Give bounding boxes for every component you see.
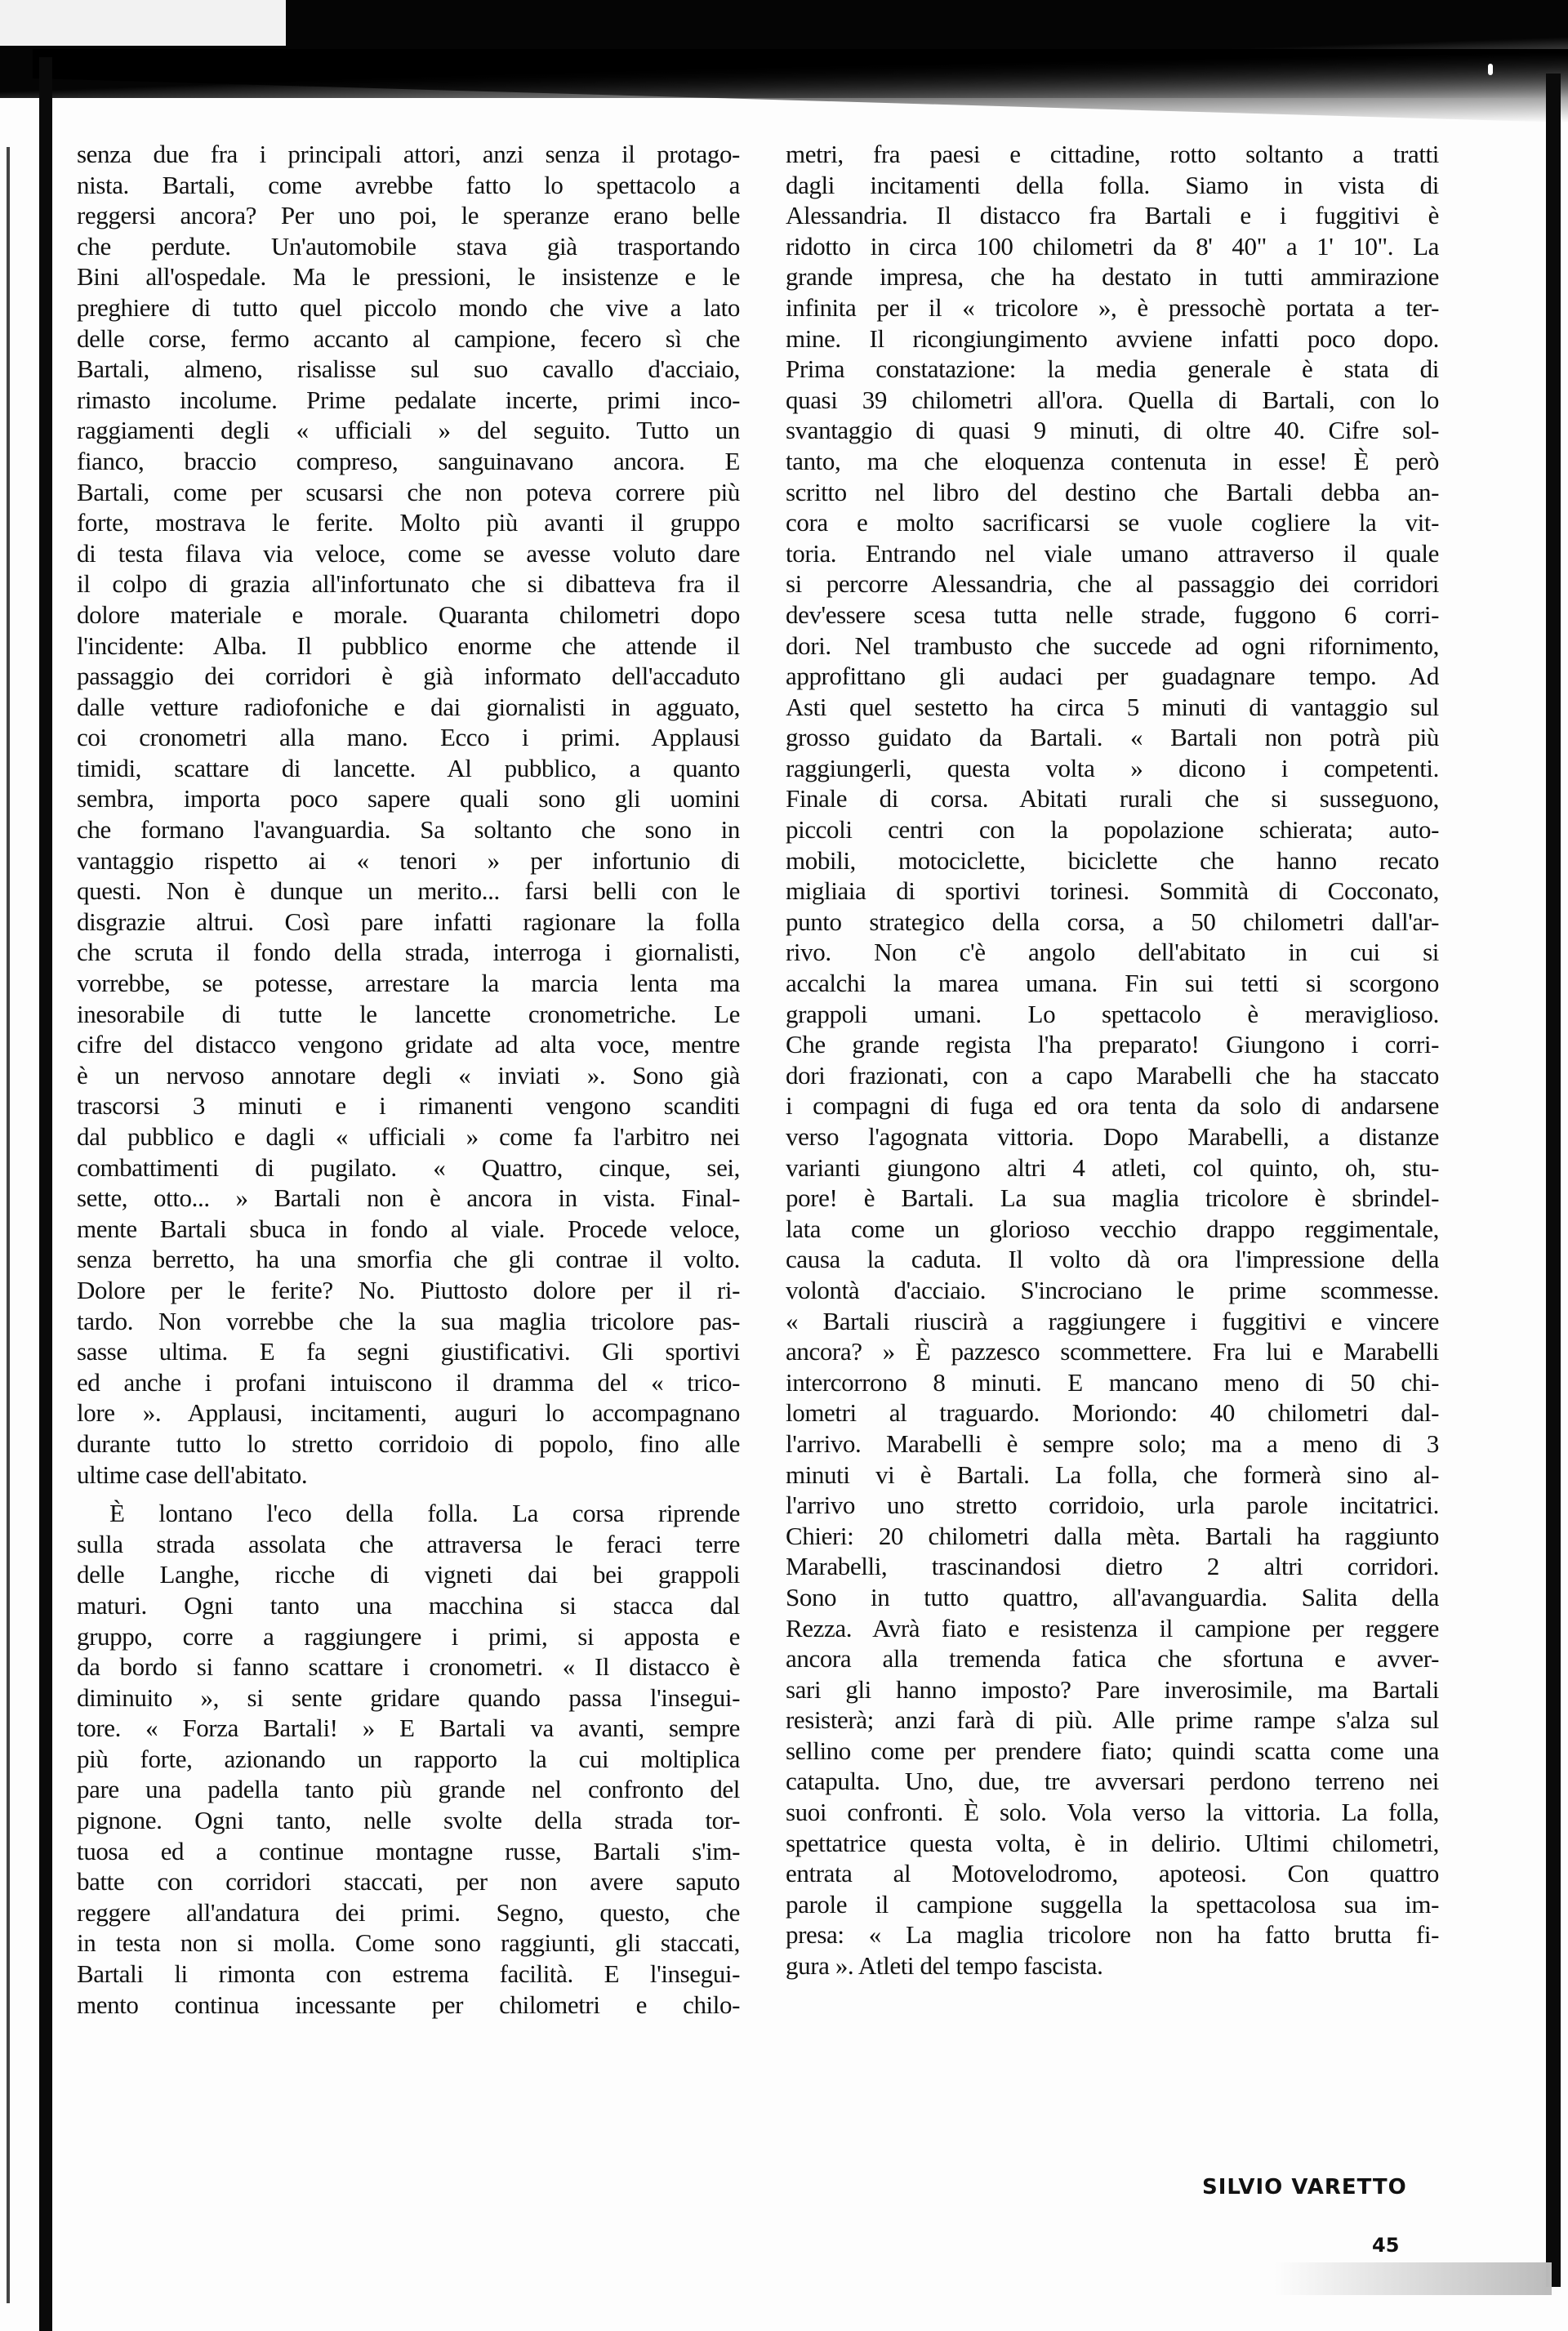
- text-line: dolore materiale e morale. Quaranta chil…: [77, 599, 740, 631]
- scan-left-edge: [7, 147, 10, 2303]
- text-line: ridotto in circa 100 chilometri da 8' 40…: [786, 231, 1439, 262]
- text-line: suoi confronti. È solo. Vola verso la vi…: [786, 1797, 1439, 1828]
- text-line: lometri al traguardo. Moriondo: 40 chilo…: [786, 1397, 1439, 1428]
- text-line: presa: « La maglia tricolore non ha fatt…: [786, 1919, 1439, 1950]
- text-line: i compagni di fuga ed ora tenta da solo …: [786, 1090, 1439, 1121]
- text-line: entrata al Motovelodromo, apoteosi. Con …: [786, 1858, 1439, 1889]
- text-line: scritto nel libro del destino che Bartal…: [786, 477, 1439, 508]
- text-line: vorrebbe, se potesse, arrestare la marci…: [77, 968, 740, 999]
- text-line: dev'essere scesa tutta nelle strade, fug…: [786, 599, 1439, 631]
- text-line: raggiamenti degli « ufficiali » del segu…: [77, 415, 740, 446]
- text-line: rivo. Non c'è angolo dell'abitato in cui…: [786, 937, 1439, 968]
- text-line: diminuito », si sente gridare quando pas…: [77, 1683, 740, 1714]
- text-line: inesorabile di tutte le lancette cronome…: [77, 999, 740, 1030]
- text-line: cora e molto sacrificarsi se vuole cogli…: [786, 507, 1439, 538]
- text-line: sasse ultima. E fa segni giustificativi.…: [77, 1336, 740, 1367]
- text-line: Che grande regista l'ha preparato! Giung…: [786, 1029, 1439, 1060]
- text-line: l'incidente: Alba. Il pubblico enorme ch…: [77, 631, 740, 662]
- text-line: ed anche i profani intuiscono il dramma …: [77, 1367, 740, 1398]
- text-line: dal pubblico e dagli « ufficiali » come …: [77, 1121, 740, 1152]
- text-line: sulla strada assolata che attraversa le …: [77, 1529, 740, 1560]
- text-line: resisterà; anzi farà di più. Alle prime …: [786, 1705, 1439, 1736]
- text-line: passaggio dei corridori è già informato …: [77, 661, 740, 692]
- text-line: senza berretto, ha una smorfia che gli c…: [77, 1244, 740, 1275]
- text-line: grosso guidato da Bartali. « Bartali non…: [786, 722, 1439, 753]
- text-line: mobili, motociclette, biciclette che han…: [786, 845, 1439, 876]
- text-line: reggersi ancora? Per uno poi, le speranz…: [77, 200, 740, 231]
- text-line: che formano l'avanguardia. Sa soltanto c…: [77, 814, 740, 845]
- text-line: raggiungerli, questa volta » dicono i co…: [786, 753, 1439, 784]
- text-line: è un nervoso annotare degli « inviati ».…: [77, 1060, 740, 1091]
- article-right-column: metri, fra paesi e cittadine, rotto solt…: [786, 139, 1439, 1981]
- text-line: pore! è Bartali. La sua maglia tricolore…: [786, 1183, 1439, 1214]
- text-line: Bartali, come per scusarsi che non potev…: [77, 477, 740, 508]
- text-line: batte con corridori staccati, per non av…: [77, 1866, 740, 1897]
- text-line: di testa filava via veloce, come se aves…: [77, 538, 740, 569]
- text-line: pare una padella tanto più grande nel co…: [77, 1774, 740, 1805]
- text-line: combattimenti di pugilato. « Quattro, ci…: [77, 1152, 740, 1183]
- text-line: causa la caduta. Il volto dà ora l'impre…: [786, 1244, 1439, 1275]
- text-line: fianco, braccio compreso, sanguinavano a…: [77, 446, 740, 477]
- text-line: Bini all'ospedale. Ma le pressioni, le i…: [77, 261, 740, 292]
- text-line: trascorsi 3 minuti e i rimanenti vengono…: [77, 1090, 740, 1121]
- text-line: si percorre Alessandria, che al passaggi…: [786, 568, 1439, 599]
- scan-right-border: [1546, 74, 1561, 2287]
- text-line: dori. Nel trambusto che succede ad ogni …: [786, 631, 1439, 662]
- text-line: dori frazionati, con a capo Marabelli ch…: [786, 1060, 1439, 1091]
- text-line: Alessandria. Il distacco fra Bartali e i…: [786, 200, 1439, 231]
- text-line: Bartali, almeno, risalisse sul suo caval…: [77, 354, 740, 385]
- text-line: ancora? » È pazzesco scommettere. Fra lu…: [786, 1336, 1439, 1367]
- text-line: sellino come per prendere fiato; quindi …: [786, 1736, 1439, 1767]
- text-line: lata come un glorioso vecchio drappo reg…: [786, 1214, 1439, 1245]
- text-line: delle corse, fermo accanto al campione, …: [77, 323, 740, 354]
- text-line: Finale di corsa. Abitati rurali che si s…: [786, 783, 1439, 814]
- text-line: catapulta. Uno, due, tre avversari perdo…: [786, 1766, 1439, 1797]
- text-line: Prima constatazione: la media generale è…: [786, 354, 1439, 385]
- scan-corner: [0, 0, 286, 46]
- text-line: maturi. Ogni tanto una macchina si stacc…: [77, 1590, 740, 1621]
- text-line: in testa non si molla. Come sono raggiun…: [77, 1928, 740, 1959]
- text-line: sari gli hanno imposto? Pare inverosimil…: [786, 1674, 1439, 1705]
- text-line: gura ». Atleti del tempo fascista.: [786, 1950, 1439, 1981]
- text-line: quasi 39 chilometri all'ora. Quella di B…: [786, 385, 1439, 416]
- text-line: nista. Bartali, come avrebbe fatto lo sp…: [77, 170, 740, 201]
- text-line: Asti quel sestetto ha circa 5 minuti di …: [786, 692, 1439, 723]
- text-line: senza due fra i principali attori, anzi …: [77, 139, 740, 170]
- text-line: toria. Entrando nel viale umano attraver…: [786, 538, 1439, 569]
- article-left-column: senza due fra i principali attori, anzi …: [77, 139, 740, 2020]
- text-line: minuti vi è Bartali. La folla, che forme…: [786, 1460, 1439, 1491]
- page-number: 45: [1372, 2234, 1399, 2257]
- text-line: l'arrivo uno stretto corridoio, urla par…: [786, 1490, 1439, 1521]
- text-line: ultime case dell'abitato.: [77, 1460, 740, 1491]
- text-line: più forte, azionando un rapporto la cui …: [77, 1744, 740, 1775]
- text-line: gruppo, corre a raggiungere i primi, si …: [77, 1621, 740, 1652]
- text-line: durante tutto lo stretto corridoio di po…: [77, 1428, 740, 1460]
- text-line: Chieri: 20 chilometri dalla mèta. Bartal…: [786, 1521, 1439, 1552]
- text-line: che perdute. Un'automobile stava già tra…: [77, 231, 740, 262]
- text-line: tardo. Non vorrebbe che la sua maglia tr…: [77, 1306, 740, 1337]
- text-line: Sono in tutto quattro, all'avanguardia. …: [786, 1582, 1439, 1613]
- text-line: È lontano l'eco della folla. La corsa ri…: [77, 1498, 740, 1529]
- text-line: cifre del distacco vengono gridate ad al…: [77, 1029, 740, 1060]
- text-line: parole il campione suggella la spettacol…: [786, 1889, 1439, 1920]
- text-line: da bordo si fanno scattare i cronometri.…: [77, 1651, 740, 1683]
- text-line: sette, otto... » Bartali non è ancora in…: [77, 1183, 740, 1214]
- text-line: accalchi la marea umana. Fin sui tetti s…: [786, 968, 1439, 999]
- text-line: preghiere di tutto quel piccolo mondo ch…: [77, 292, 740, 323]
- author-signature: SILVIO VARETTO: [1202, 2175, 1407, 2200]
- text-line: intercorrono 8 minuti. E mancano meno di…: [786, 1367, 1439, 1398]
- text-line: svantaggio di quasi 9 minuti, di oltre 4…: [786, 415, 1439, 446]
- scan-left-border: [39, 57, 52, 2331]
- paragraph-gap: [77, 1490, 740, 1498]
- text-line: grande impresa, che ha destato in tutti …: [786, 261, 1439, 292]
- text-line: mente Bartali sbuca in fondo al viale. P…: [77, 1214, 740, 1245]
- text-line: rimasto incolume. Prime pedalate incerte…: [77, 385, 740, 416]
- text-line: delle Langhe, ricche di vigneti dai bei …: [77, 1559, 740, 1590]
- text-line: infinita per il « tricolore », è pressoc…: [786, 292, 1439, 323]
- text-line: spettatrice questa volta, è in delirio. …: [786, 1828, 1439, 1859]
- text-line: coi cronometri alla mano. Ecco i primi. …: [77, 722, 740, 753]
- text-line: lore ». Applausi, incitamenti, auguri lo…: [77, 1397, 740, 1428]
- text-line: tore. « Forza Bartali! » E Bartali va av…: [77, 1713, 740, 1744]
- text-line: questi. Non è dunque un merito... farsi …: [77, 876, 740, 907]
- text-line: Dolore per le ferite? No. Piuttosto dolo…: [77, 1275, 740, 1306]
- text-line: piccoli centri con la popolazione schier…: [786, 814, 1439, 845]
- text-line: tuosa ed a continue montagne russe, Bart…: [77, 1836, 740, 1867]
- text-line: migliaia di sportivi torinesi. Sommità d…: [786, 876, 1439, 907]
- text-line: metri, fra paesi e cittadine, rotto solt…: [786, 139, 1439, 170]
- text-line: pignone. Ogni tanto, nelle svolte della …: [77, 1805, 740, 1836]
- text-line: Bartali li rimonta con estrema facilità.…: [77, 1959, 740, 1990]
- text-line: Rezza. Avrà fiato e resistenza il campio…: [786, 1613, 1439, 1644]
- text-line: mine. Il ricongiungimento avviene infatt…: [786, 323, 1439, 354]
- text-line: sembra, importa poco sapere quali sono g…: [77, 783, 740, 814]
- text-line: vantaggio rispetto ai « tenori » per inf…: [77, 845, 740, 876]
- scan-bottom-shadow: [1274, 2262, 1552, 2295]
- text-line: il colpo di grazia all'infortunato che s…: [77, 568, 740, 599]
- text-line: l'arrivo. Marabelli è sempre solo; ma a …: [786, 1428, 1439, 1460]
- text-line: reggere all'andatura dei primi. Segno, q…: [77, 1897, 740, 1928]
- text-line: dagli incitamenti della folla. Siamo in …: [786, 170, 1439, 201]
- text-line: Marabelli, trascinandosi dietro 2 altri …: [786, 1551, 1439, 1582]
- scan-artifact: [1488, 64, 1493, 75]
- text-line: punto strategico della corsa, a 50 chilo…: [786, 907, 1439, 938]
- text-line: disgrazie altrui. Così pare infatti ragi…: [77, 907, 740, 938]
- text-line: approfittano gli audaci per guadagnare t…: [786, 661, 1439, 692]
- text-line: mento continua incessante per chilometri…: [77, 1990, 740, 2021]
- text-line: varianti giungono altri 4 atleti, col qu…: [786, 1152, 1439, 1183]
- text-line: ancora alla tremenda fatica che sfortuna…: [786, 1643, 1439, 1674]
- text-line: verso l'agognata vittoria. Dopo Marabell…: [786, 1121, 1439, 1152]
- text-line: dalle vetture radiofoniche e dai giornal…: [77, 692, 740, 723]
- text-line: « Bartali riuscirà a raggiungere i fuggi…: [786, 1306, 1439, 1337]
- text-line: forte, mostrava le ferite. Molto più ava…: [77, 507, 740, 538]
- text-line: grappoli umani. Lo spettacolo è meravigl…: [786, 999, 1439, 1030]
- text-line: timidi, scattare di lancette. Al pubblic…: [77, 753, 740, 784]
- text-line: che scruta il fondo della strada, interr…: [77, 937, 740, 968]
- text-line: volontà d'acciaio. S'incrociano le prime…: [786, 1275, 1439, 1306]
- text-line: tanto, ma che eloquenza contenuta in ess…: [786, 446, 1439, 477]
